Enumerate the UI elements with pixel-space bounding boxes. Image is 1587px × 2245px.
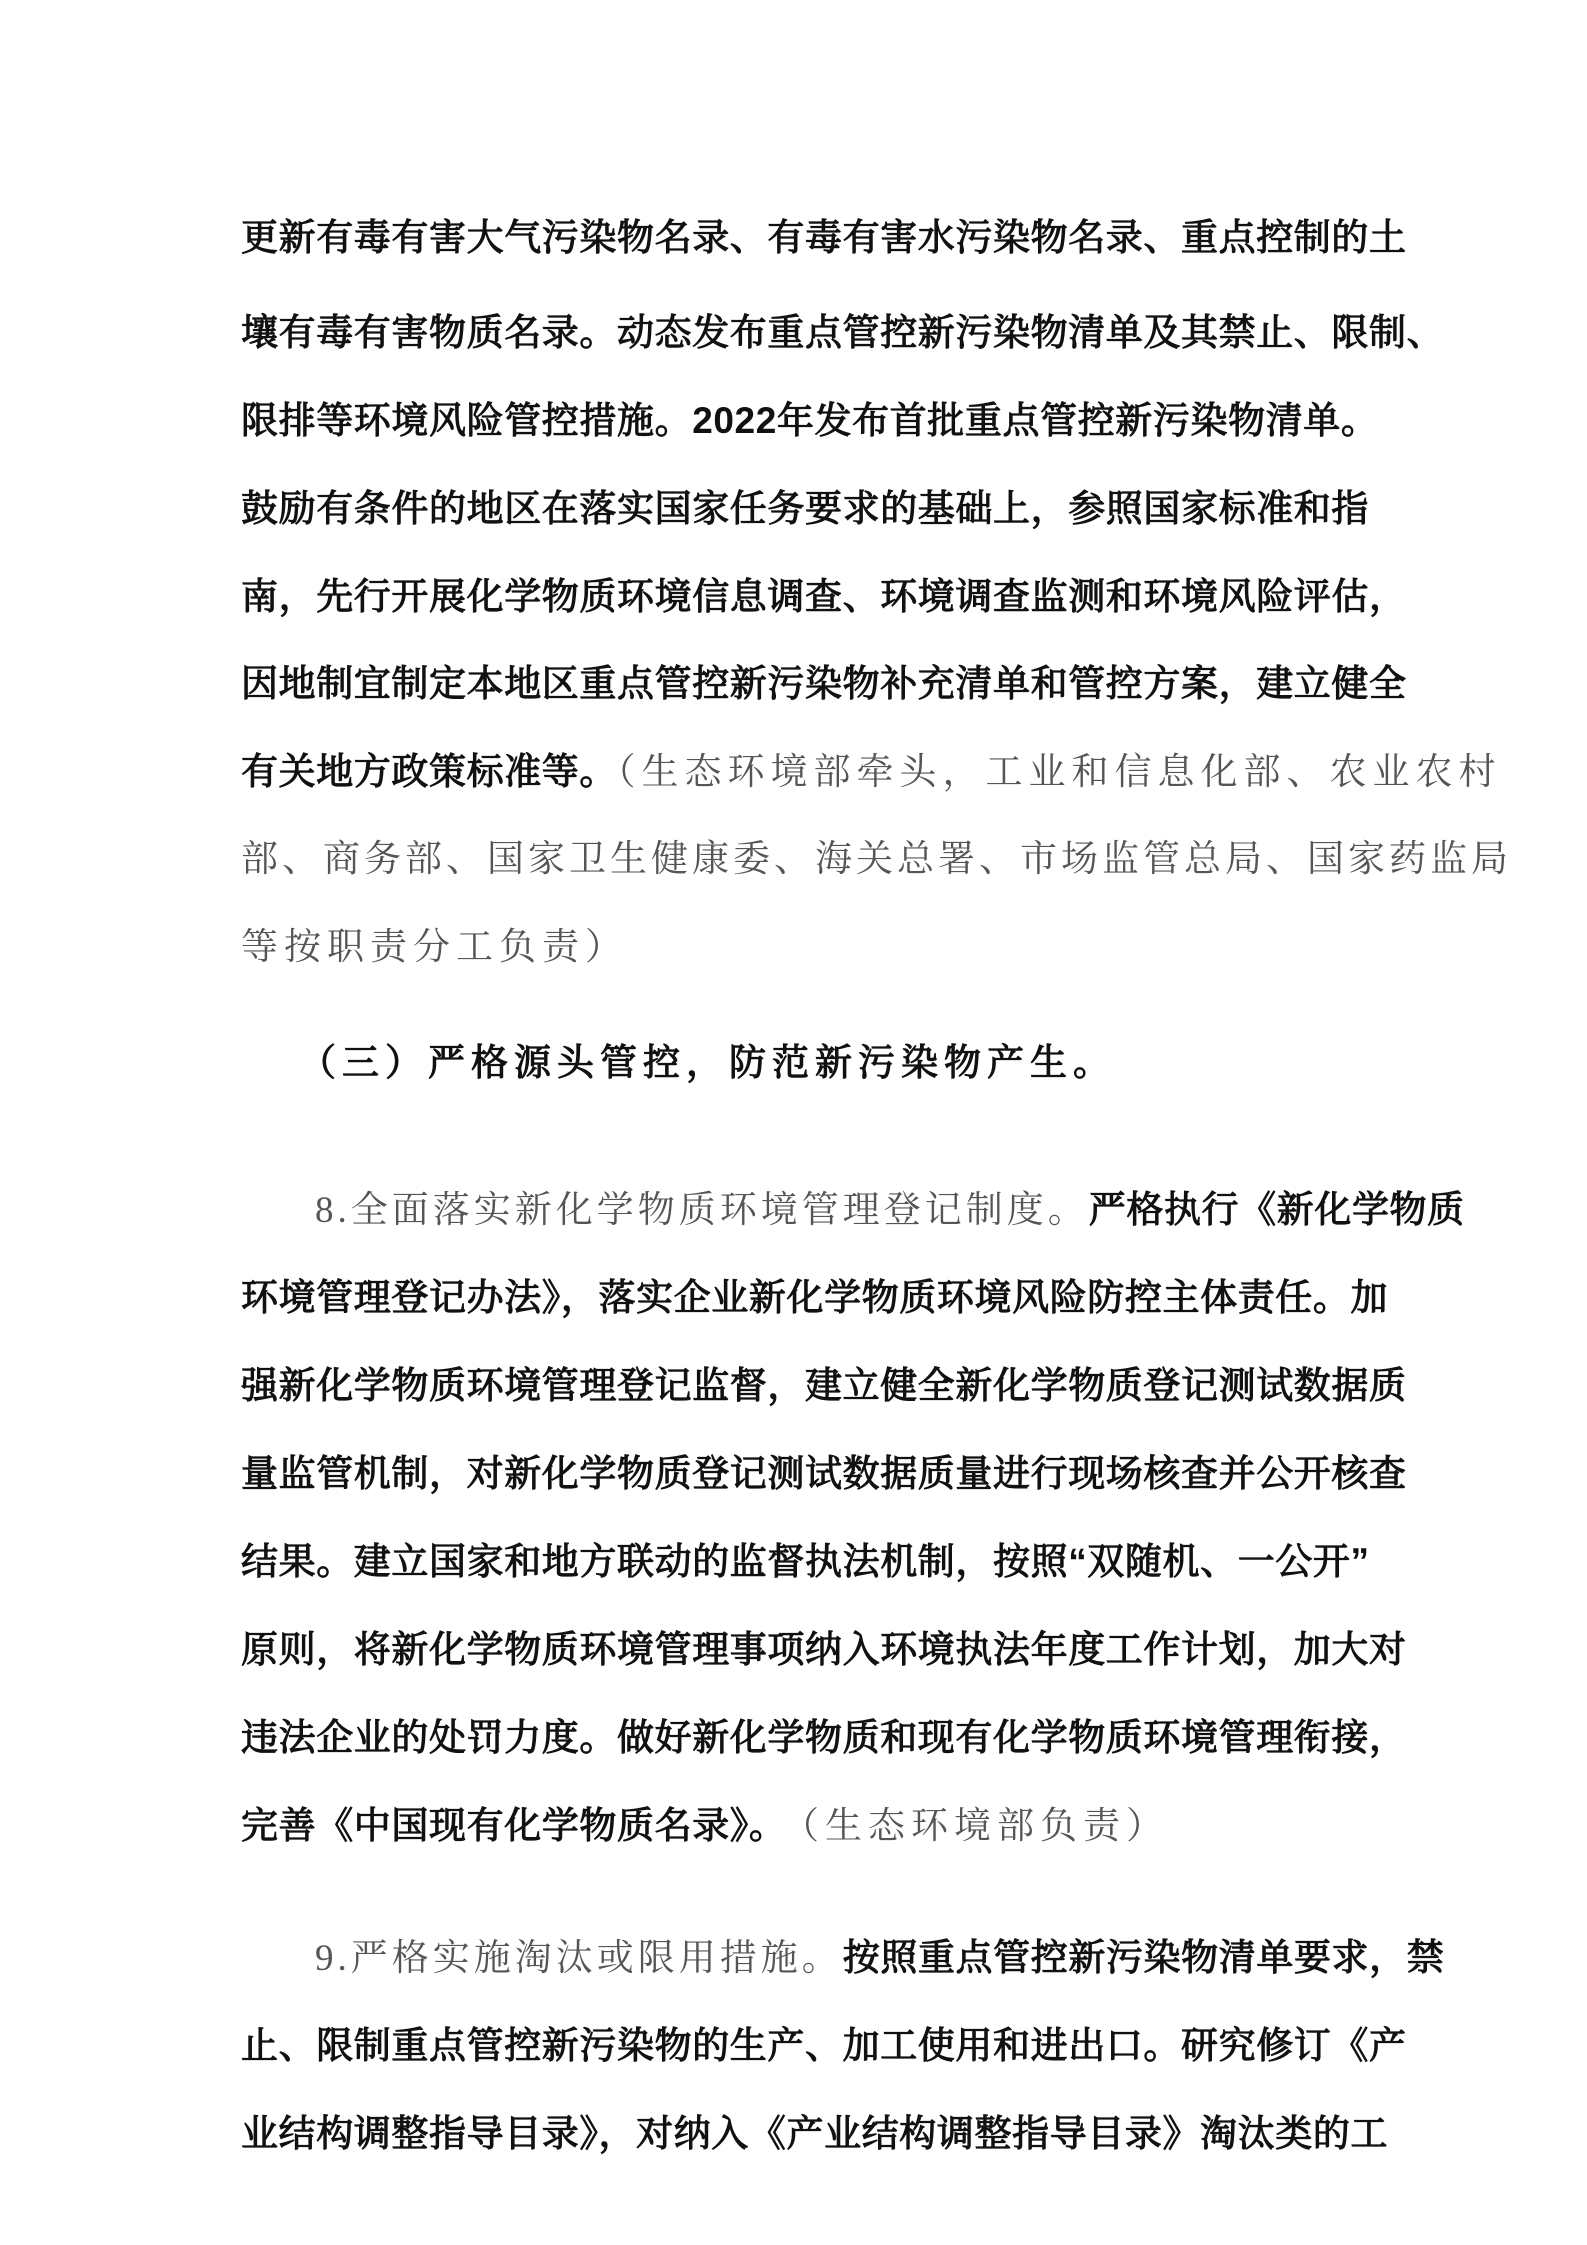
paragraph-line: 限排等环境风险管控措施。2022年发布首批重点管控新污染物清单。 [241,396,1353,446]
section-heading: （三）严格源头管控，防范新污染物产生。 [241,1039,1337,1089]
paragraph-line: 结果。建立国家和地方联动的监督执法机制，按照“双随机、一公开” [241,1537,1353,1587]
paragraph-line: 更新有毒有害大气污染物名录、有毒有害水污染物名录、重点控制的土 [241,213,1353,263]
responsibility-note: 部、商务部、国家卫生健康委、海关总署、市场监管总局、国家药监局 [241,835,1353,885]
paragraph-line: 原则，将新化学物质环境管理事项纳入环境执法年度工作计划，加大对 [241,1625,1353,1675]
paragraph-line: 违法企业的处罚力度。做好新化学物质和现有化学物质环境管理衔接， [241,1713,1353,1763]
paragraph-line: 量监管机制，对新化学物质登记测试数据质量进行现场核查并公开核查 [241,1449,1353,1499]
paragraph-line: 鼓励有条件的地区在落实国家任务要求的基础上，参照国家标准和指 [241,484,1353,534]
paragraph-text: 有关地方政策标准等。 [241,751,617,792]
responsibility-note: 等按职责分工负责） [241,923,1353,973]
paragraph-text: 完善《中国现有化学物质名录》。 [241,1805,787,1846]
paragraph-line: 环境管理登记办法》，落实企业新化学物质环境风险防控主体责任。加 [241,1273,1353,1323]
paragraph-line-mixed: 有关地方政策标准等。（生态环境部牵头，工业和信息化部、农业农村 [241,747,1353,797]
paragraph-line: 南，先行开展化学物质环境信息调查、环境调查监测和环境风险评估， [241,572,1353,622]
responsibility-note: （生态环境部牵头，工业和信息化部、农业农村 [617,752,1502,793]
item-9-text: 按照重点管控新污染物清单要求，禁 [843,1937,1445,1978]
paragraph-line: 因地制宜制定本地区重点管控新污染物补充清单和管控方案，建立健全 [241,659,1353,709]
item-9-first-line: 9.严格实施淘汰或限用措施。按照重点管控新污染物清单要求，禁 [241,1933,1353,1983]
paragraph-line: 壤有毒有害物质名录。动态发布重点管控新污染物清单及其禁止、限制、 [241,308,1353,358]
item-8-text: 严格执行《新化学物质 [1089,1189,1465,1230]
responsibility-note: （生态环境部负责） [801,1806,1170,1847]
item-8-first-line: 8.全面落实新化学物质环境管理登记制度。严格执行《新化学物质 [241,1185,1353,1235]
paragraph-line: 业结构调整指导目录》，对纳入《产业结构调整指导目录》淘汰类的工 [241,2109,1353,2159]
paragraph-line: 止、限制重点管控新污染物的生产、加工使用和进出口。研究修订《产 [241,2021,1353,2071]
item-9-title: 9.严格实施淘汰或限用措施。 [315,1938,843,1979]
paragraph-line-mixed: 完善《中国现有化学物质名录》。（生态环境部负责） [241,1801,1353,1851]
paragraph-line: 强新化学物质环境管理登记监督，建立健全新化学物质登记测试数据质 [241,1361,1353,1411]
item-8-title: 8.全面落实新化学物质环境管理登记制度。 [315,1190,1089,1231]
